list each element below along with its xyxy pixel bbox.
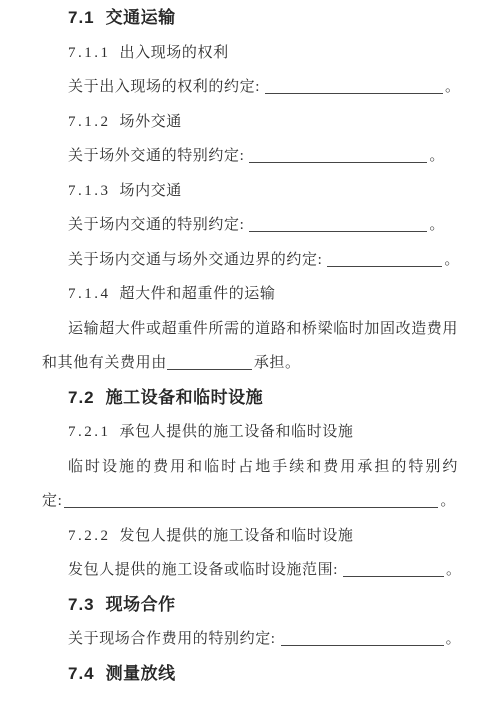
- clause-title: 出入现场的权利: [120, 45, 229, 61]
- clause-label: 和其他有关费用由: [42, 355, 167, 371]
- section-title: 交通运输: [106, 8, 176, 27]
- fill-in-blank[interactable]: [281, 632, 444, 646]
- clause-heading-7-2-2: 7.2.2发包人提供的施工设备和临时设施: [42, 519, 458, 554]
- section-heading-7-2: 7.2施工设备和临时设施: [42, 381, 458, 416]
- clause-title: 承包人提供的施工设备和临时设施: [120, 424, 354, 440]
- clause-number: 7.2.1: [68, 424, 111, 440]
- clause-label: 关于现场合作费用的特别约定:: [68, 631, 276, 647]
- fill-in-blank[interactable]: [343, 563, 444, 577]
- clause-line: 关于场内交通的特别约定:。: [42, 208, 458, 243]
- contract-document-page: 7.1交通运输 7.1.1出入现场的权利 关于出入现场的权利的约定:。 7.1.…: [0, 0, 499, 707]
- clause-label: 关于场内交通与场外交通边界的约定:: [68, 252, 322, 268]
- clause-heading-7-1-4: 7.1.4超大件和超重件的运输: [42, 277, 458, 312]
- clause-number: 7.1.3: [68, 183, 111, 199]
- fill-in-blank[interactable]: [249, 218, 427, 232]
- clause-line: 关于现场合作费用的特别约定:。: [42, 622, 458, 657]
- clause-title: 发包人提供的施工设备和临时设施: [120, 528, 354, 544]
- section-number: 7.2: [68, 388, 95, 407]
- clause-label: 关于出入现场的权利的约定:: [68, 79, 260, 95]
- clause-heading-7-1-3: 7.1.3场内交通: [42, 174, 458, 209]
- clause-label: 关于场外交通的特别约定:: [68, 148, 244, 164]
- clause-title: 场外交通: [120, 114, 182, 130]
- section-title: 现场合作: [106, 595, 176, 614]
- fill-in-blank[interactable]: [64, 494, 438, 508]
- clause-suffix: 。: [429, 217, 445, 233]
- clause-number: 7.1.4: [68, 286, 111, 302]
- clause-line: 关于场外交通的特别约定:。: [42, 139, 458, 174]
- fill-in-blank[interactable]: [327, 253, 442, 267]
- clause-suffix: 。: [446, 631, 462, 647]
- clause-line: 发包人提供的施工设备或临时设施范围:。: [42, 553, 458, 588]
- fill-in-blank[interactable]: [167, 356, 252, 370]
- clause-label: 关于场内交通的特别约定:: [68, 217, 244, 233]
- clause-line: 关于出入现场的权利的约定:。: [42, 70, 458, 105]
- section-title: 施工设备和临时设施: [106, 388, 264, 407]
- clause-line: 关于场内交通与场外交通边界的约定:。: [42, 243, 458, 278]
- clause-title: 场内交通: [120, 183, 182, 199]
- section-heading-7-4: 7.4测量放线: [42, 657, 458, 692]
- section-number: 7.3: [68, 595, 95, 614]
- section-heading-7-3: 7.3现场合作: [42, 588, 458, 623]
- clause-heading-7-2-1: 7.2.1承包人提供的施工设备和临时设施: [42, 415, 458, 450]
- paragraph-line: 运输超大件或超重件所需的道路和桥梁临时加固改造费用: [42, 312, 458, 347]
- clause-heading-7-1-2: 7.1.2场外交通: [42, 105, 458, 140]
- clause-number: 7.1.2: [68, 114, 111, 130]
- clause-heading-7-1-1: 7.1.1出入现场的权利: [42, 36, 458, 71]
- paragraph-line: 临时设施的费用和临时占地手续和费用承担的特别约: [42, 450, 458, 485]
- clause-number: 7.1.1: [68, 45, 111, 61]
- section-number: 7.1: [68, 8, 95, 27]
- section-number: 7.4: [68, 664, 95, 683]
- fill-in-blank[interactable]: [249, 149, 427, 163]
- clause-suffix: 承担。: [254, 355, 301, 371]
- clause-label: 定:: [42, 493, 62, 509]
- clause-number: 7.2.2: [68, 528, 111, 544]
- section-heading-7-1: 7.1交通运输: [42, 1, 458, 36]
- clause-suffix: 。: [446, 562, 462, 578]
- fill-in-blank[interactable]: [265, 80, 443, 94]
- clause-line: 定:。: [42, 484, 458, 519]
- paragraph-text: 临时设施的费用和临时占地手续和费用承担的特别约: [68, 459, 458, 475]
- section-title: 测量放线: [106, 664, 176, 683]
- clause-suffix: 。: [440, 493, 456, 509]
- paragraph-text: 运输超大件或超重件所需的道路和桥梁临时加固改造费用: [68, 321, 458, 337]
- clause-suffix: 。: [429, 148, 445, 164]
- clause-line: 和其他有关费用由承担。: [42, 346, 458, 381]
- clause-title: 超大件和超重件的运输: [120, 286, 276, 302]
- clause-suffix: 。: [445, 79, 461, 95]
- clause-label: 发包人提供的施工设备或临时设施范围:: [68, 562, 338, 578]
- clause-suffix: 。: [444, 252, 460, 268]
